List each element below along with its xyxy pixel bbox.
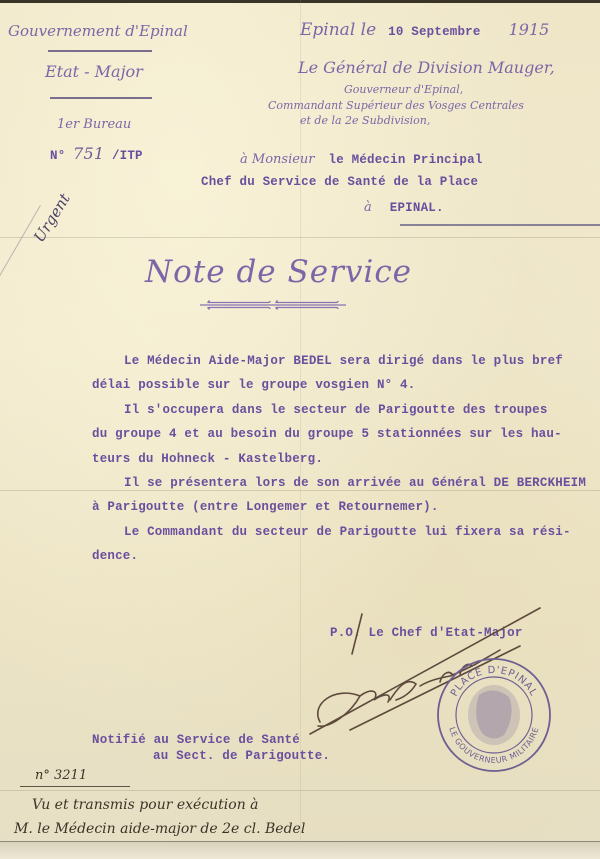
notification-line: Notifié au Service de Santé xyxy=(92,733,300,747)
notification-line: au Sect. de Parigoutte. xyxy=(153,749,330,763)
staff-heading: Etat - Major xyxy=(45,62,143,81)
title-ornament-icon xyxy=(200,298,346,312)
document-page: Gouvernement d'Epinal Etat - Major 1er B… xyxy=(0,0,600,859)
addressee-city-line: à EPINAL. xyxy=(364,198,444,216)
salutation: à Monsieur xyxy=(240,152,315,167)
handwritten-note-line: M. le Médecin aide-major de 2e cl. Bedel xyxy=(14,821,305,837)
body-line: Il s'occupera dans le secteur de Parigou… xyxy=(124,403,548,417)
reference-number: N° 751 /ITP xyxy=(50,144,143,163)
heading-rule xyxy=(48,50,152,52)
heading-rule xyxy=(50,97,152,99)
body-line: du groupe 4 et au besoin du groupe 5 sta… xyxy=(92,427,562,441)
body-line: dence. xyxy=(92,549,138,563)
place-label: Epinal le xyxy=(300,20,376,40)
document-title: Note de Service xyxy=(145,254,412,290)
addressee-name: le Médecin Principal xyxy=(329,153,483,167)
handwritten-rule xyxy=(20,786,130,787)
official-stamp-icon: PLACE D'EPINAL LE GOUVERNEUR MILITAIRE xyxy=(434,655,554,775)
body-line: Le Commandant du secteur de Parigoutte l… xyxy=(124,525,571,539)
body-line: Le Médecin Aide-Major BEDEL sera dirigé … xyxy=(124,354,563,368)
body-line: à Parigoutte (entre Longemer et Retourne… xyxy=(92,500,439,514)
body-line: délai possible sur le groupe vosgien N° … xyxy=(92,378,415,392)
city-prefix: à xyxy=(364,200,372,215)
body-line: Il se présentera lors de son arrivée au … xyxy=(124,476,586,490)
address-rule xyxy=(400,224,600,226)
reference-prefix: N° xyxy=(50,149,65,163)
government-heading: Gouvernement d'Epinal xyxy=(8,22,188,40)
handwritten-number: n° 3211 xyxy=(35,768,87,783)
sender-subtitle: Gouverneur d'Epinal, xyxy=(344,83,463,96)
year: 1915 xyxy=(509,20,550,39)
sender-subtitle: Commandant Supérieur des Vosges Centrale… xyxy=(268,99,524,112)
body-line: teurs du Hohneck - Kastelberg. xyxy=(92,452,323,466)
annotation-slash xyxy=(0,205,41,314)
reference-suffix: /ITP xyxy=(112,149,143,163)
reference-number-value: 751 xyxy=(73,144,104,163)
handwritten-note-line: Vu et transmis pour exécution à xyxy=(32,797,259,813)
addressee-line: à Monsieur le Médecin Principal xyxy=(240,150,483,168)
date-typed: 10 Septembre xyxy=(388,25,480,39)
underlying-page-edge xyxy=(0,841,600,859)
addressee-line: Chef du Service de Santé de la Place xyxy=(201,175,478,189)
addressee-city: EPINAL. xyxy=(390,201,444,215)
place-and-date: Epinal le 10 Septembre 1915 xyxy=(300,20,549,40)
bureau-label: 1er Bureau xyxy=(57,117,131,132)
sender-subtitle: et de la 2e Subdivision, xyxy=(300,114,430,127)
sender-title: Le Général de Division Mauger, xyxy=(298,58,555,77)
